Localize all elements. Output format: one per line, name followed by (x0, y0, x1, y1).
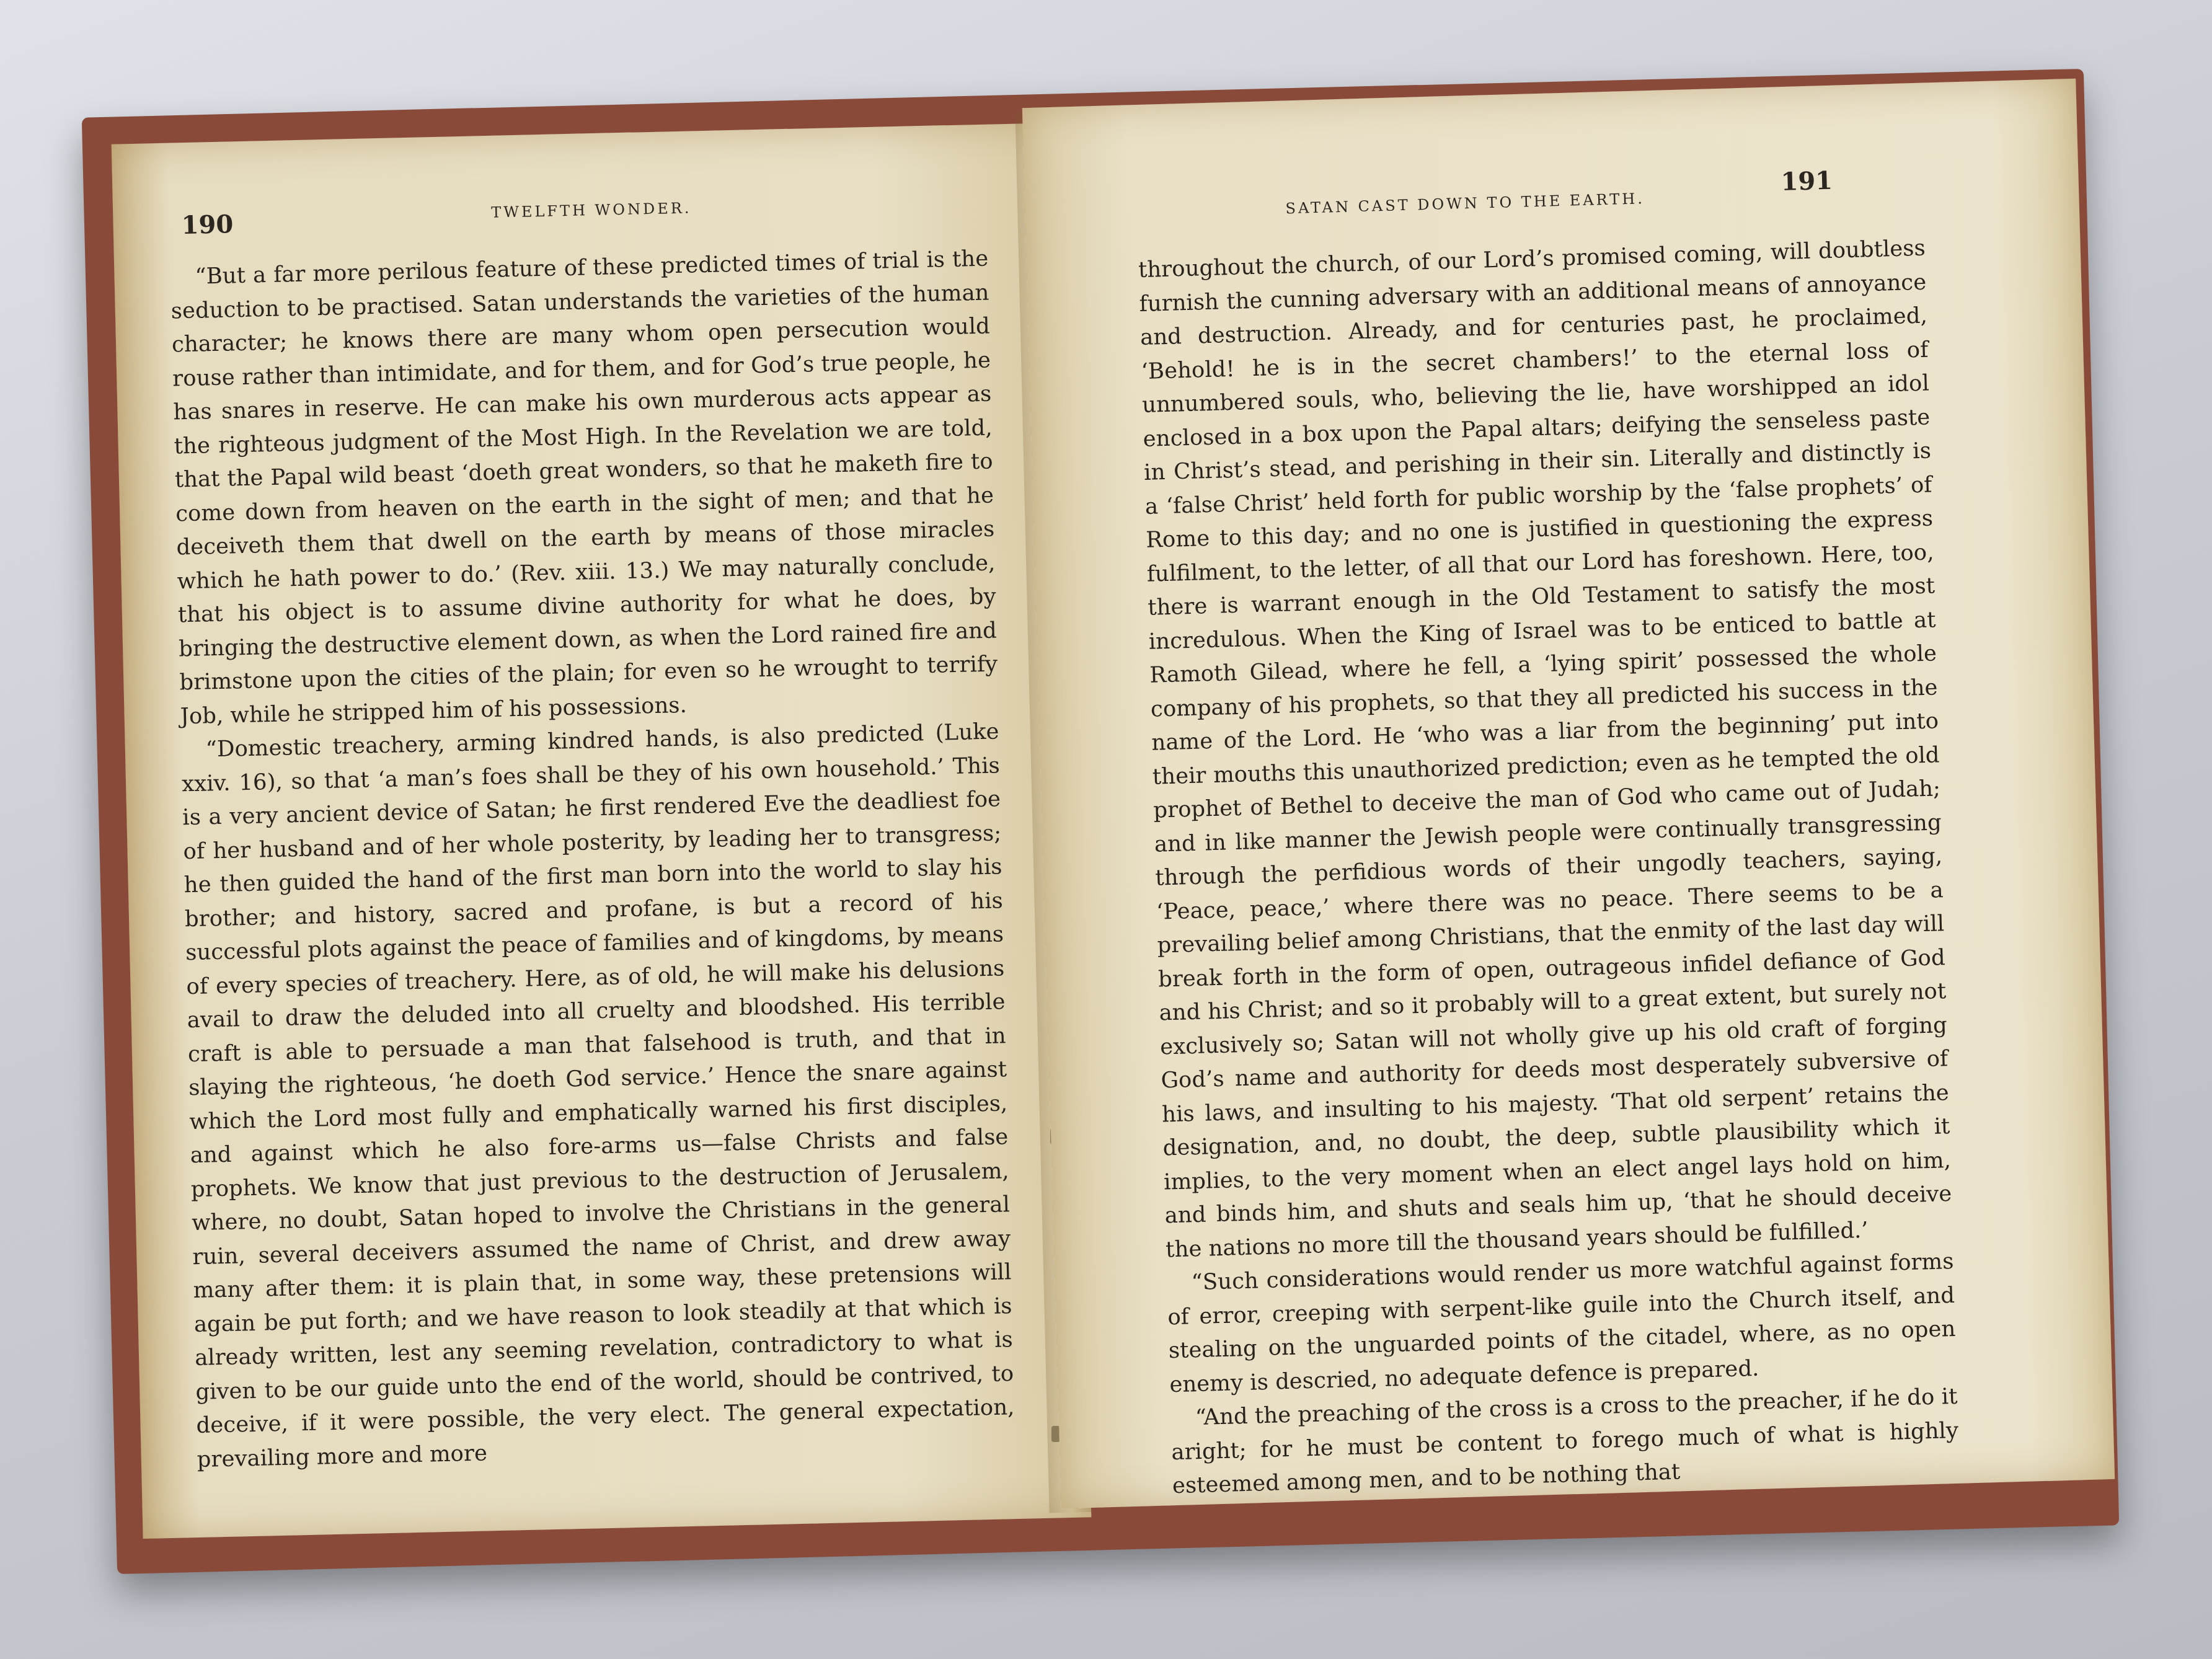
paragraph: “But a far more perilous feature of thes… (170, 242, 999, 734)
running-head-left: TWELFTH WONDER. (491, 199, 692, 221)
right-page: SATAN CAST DOWN TO THE EARTH. 191 throug… (1022, 79, 2115, 1509)
running-head-right: SATAN CAST DOWN TO THE EARTH. (1285, 190, 1645, 217)
paragraph: throughout the church, of our Lord’s pro… (1138, 232, 1953, 1267)
right-page-text: throughout the church, of our Lord’s pro… (1138, 232, 1960, 1503)
page-number-left: 190 (181, 210, 234, 240)
page-number-right: 191 (1781, 166, 1833, 197)
left-page-text: “But a far more perilous feature of thes… (170, 242, 1015, 1477)
left-page: 190 TWELFTH WONDER. “But a far more peri… (112, 123, 1092, 1539)
paragraph: “Such considerations would render us mor… (1166, 1245, 1957, 1402)
paragraph: “Domestic treachery, arming kindred hand… (180, 715, 1015, 1477)
paragraph: “And the preaching of the cross is a cro… (1170, 1380, 1960, 1503)
